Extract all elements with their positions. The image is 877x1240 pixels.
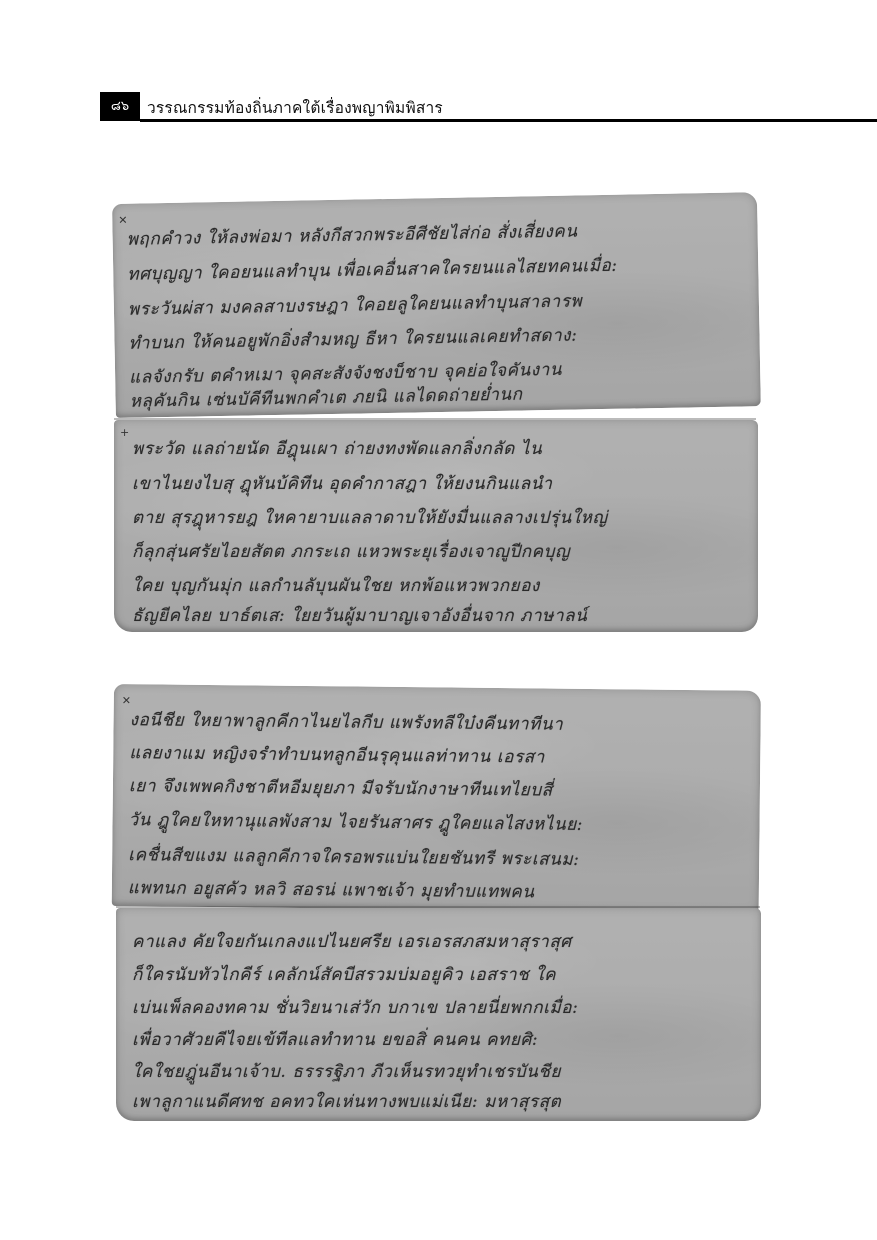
manuscript-line: ใคย บุญกันมุ่ก แลกำนลับุนผันใชย หกพ้อแหว…	[114, 572, 758, 599]
manuscript-line: ก็ลุกสุ่นศรัยไอยสัตต ภกระเถ แหวพระยุเรื่…	[114, 538, 758, 565]
manuscript-leaf-upper: ✕ งอนีชีย ใหยาพาลูกคีกาไนยไลกีบ แพรังทลี…	[112, 684, 761, 913]
header-rule	[140, 119, 877, 122]
manuscript-line: คาแลง คัยใจยกันเกลงแปไนยศรีย เอรเอรสภสมห…	[116, 928, 761, 955]
page-number: ๘๖	[100, 92, 140, 121]
manuscript-line: ทำบนก ให้คนอยูพักอิ่งสำมหญ ธีหา ใครยนแลเ…	[114, 318, 759, 357]
manuscript-leaf-upper: ✕ พฤกคำวง ให้ลงพ่อมา หลังกีสวกพระอีศีชัย…	[112, 192, 761, 418]
manuscript-line: ธัญยีคไลย บาธ์ตเส: ใยยวันผู้มาบาญเจาอังอ…	[114, 602, 758, 629]
manuscript-line: งอนีชีย ใหยาพาลูกคีกาไนยไลกีบ แพรังทลีใบ…	[113, 706, 760, 740]
manuscript-line: พระวันผ่สา มงคลสาบงรษฎา ใคอยลูใคยนแลทำบุ…	[114, 284, 759, 323]
running-head-title: วรรณกรรมท้องถิ่นภาคใต้เรื่องพญาพิมพิสาร	[147, 95, 443, 120]
manuscript-line: เพื่อวาศัวยคีไจยเข้ทีลแลทำทาน ยขอสิ่ คนค…	[116, 1026, 761, 1053]
manuscript-line: พระวัด แลถ่ายนัด อีฎุนเผา ถ่ายงทงพัดแลกล…	[114, 435, 758, 462]
manuscript-line: ทศบุญญา ใคอยนแลทำบุน เพื่อเคอื่นสาคใครยน…	[113, 249, 758, 288]
manuscript-line: เบ่นเพ็ลคองทคาม ชั่นวิยนาเส่วัก บกาเข ปล…	[116, 994, 761, 1021]
manuscript-leaf-lower: คาแลง คัยใจยกันเกลงแปไนยศรีย เอรเอรสภสมห…	[116, 908, 761, 1121]
manuscript-line: ก็ใครนับทัวไกคีร์ เคลักน์สัคบีสรวมบ่มอยู…	[116, 961, 761, 988]
running-head: ๘๖ วรรณกรรมท้องถิ่นภาคใต้เรื่องพญาพิมพิส…	[100, 92, 877, 122]
manuscript-photo-1: ✕ พฤกคำวง ให้ลงพ่อมา หลังกีสวกพระอีศีชัย…	[112, 192, 758, 633]
manuscript-line: เยา จึงเพพคกิงชาตีหอีมยุยภา มีจรับนักงาษ…	[113, 772, 760, 806]
manuscript-line: ตาย สุรฎุหารยฎ ใหคายาบแลลาดาบให้ยังมื่นแ…	[114, 504, 758, 531]
manuscript-line: เคชื่นสีขแงม แลลูกคีกาจใครอพรแบ่นใยยชันท…	[112, 841, 759, 875]
manuscript-line: เพาลูกาแนดีศทช อคทวใคเห่นทางพบแม่เนีย: ม…	[116, 1088, 761, 1115]
manuscript-line: พฤกคำวง ให้ลงพ่อมา หลังกีสวกพระอีศีชัยไส…	[112, 214, 757, 253]
manuscript-line: วัน ฎูใคยใหทานุแลพังสาม ไจยรันสาศร ฎูใคย…	[112, 806, 759, 840]
manuscript-line: แพทนก อยูสคัว หลวิ สอรน่ แพาชเจ้า มุยทำบ…	[112, 874, 759, 908]
manuscript-line: ใคใชยฎู่นอีนาเจ้าบ. ธรรรฐิภา ภีวเห็นรทวย…	[116, 1058, 761, 1085]
manuscript-leaf-lower: + พระวัด แลถ่ายนัด อีฎุนเผา ถ่ายงทงพัดแล…	[114, 420, 758, 632]
manuscript-line: แลยงาแม หญิงจรำทำบนทลูกอีนรุคุนแลท่าทาน …	[113, 739, 760, 773]
manuscript-photo-2: ✕ งอนีชีย ใหยาพาลูกคีกาไนยไลกีบ แพรังทลี…	[112, 684, 762, 1122]
manuscript-line: เขาไนยงไบสุ ฎุหันบ้คิทีน อุดคำกาสฎา ให้ย…	[114, 470, 758, 497]
